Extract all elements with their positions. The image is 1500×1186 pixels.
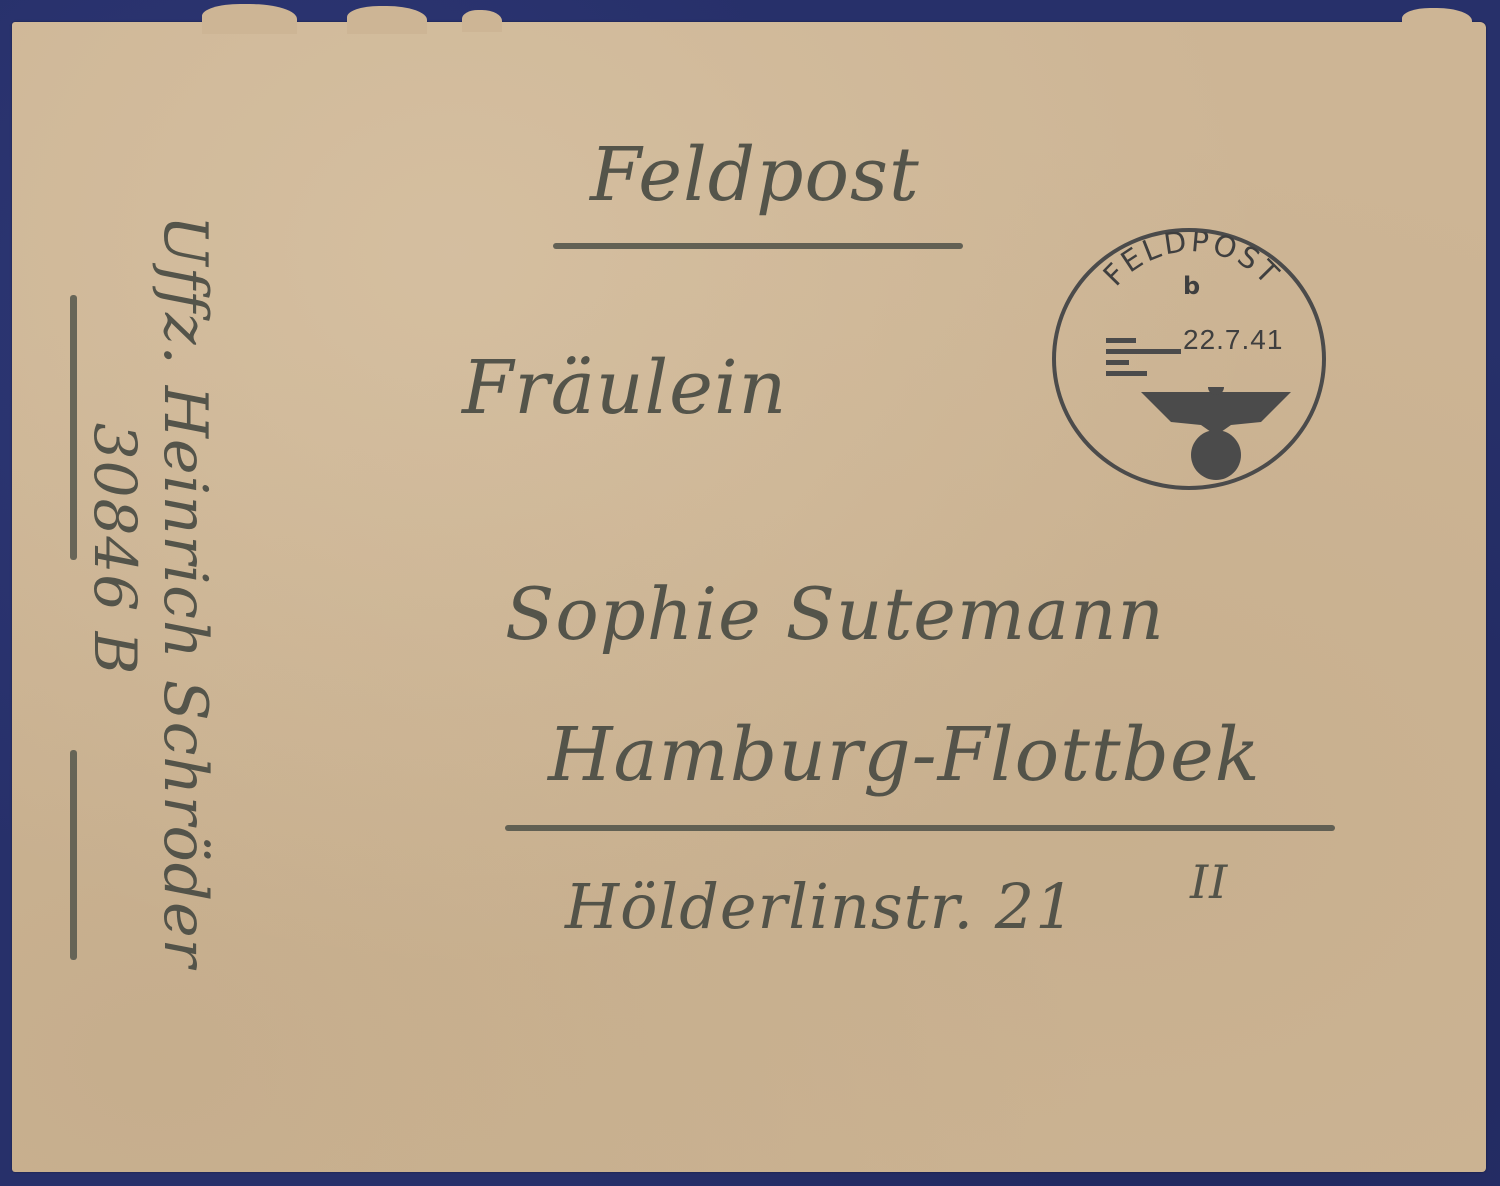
recipient-street: Hölderlinstr. 21 [565,870,1076,943]
torn-edge [347,6,427,34]
city-underline [505,825,1335,831]
sender-divider-line [70,750,77,960]
eagle-icon [1141,387,1291,482]
recipient-floor: II [1190,855,1228,909]
postmark-date: 22.7.41 [1183,324,1283,356]
torn-edge [462,10,502,32]
postmark-code: b [1183,272,1200,300]
postmark-dashes [1106,332,1181,382]
torn-edge [202,4,297,34]
recipient-name: Sophie Sutemann [505,572,1165,656]
feldpost-handwritten: Feldpost [590,132,920,218]
sender-line2: 30846 B [81,269,149,829]
recipient-title: Fräulein [462,345,787,431]
feldpost-underline [553,243,963,249]
sender-line1: Uffz. Heinrich Schröder [150,215,220,975]
sender-divider-line [70,295,77,560]
postmark: FELDPOST b 22.7.41 [1052,228,1326,490]
torn-edge [1402,8,1472,34]
recipient-city: Hamburg-Flottbek [548,712,1261,798]
